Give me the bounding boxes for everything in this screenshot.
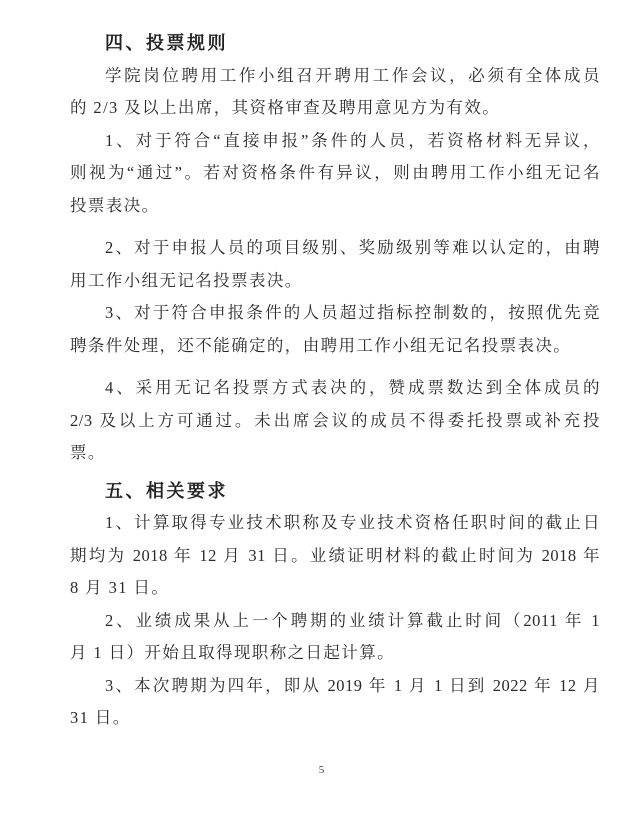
text-line: 31 日。	[70, 702, 600, 735]
text-line: 期均为 2018 年 12 月 31 日。业绩证明材料的截止时间为 2018 年	[70, 540, 600, 573]
text-line: 投票表决。	[70, 190, 600, 223]
page-footer: 5	[0, 760, 635, 778]
paragraph: 2、对于申报人员的项目级别、奖励级别等难以认定的，由聘用工作小组无记名投票表决。	[70, 232, 600, 297]
document-body: 四、投票规则学院岗位聘用工作小组召开聘用工作会议，必须有全体成员的 2/3 及以…	[70, 27, 600, 735]
paragraph: 学院岗位聘用工作小组召开聘用工作会议，必须有全体成员的 2/3 及以上出席，其资…	[70, 60, 600, 125]
paragraph: 2、业绩成果从上一个聘期的业绩计算截止时间（2011 年 1月 1 日）开始且取…	[70, 605, 600, 670]
section-heading: 五、相关要求	[70, 475, 600, 508]
text-line: 3、对于符合申报条件的人员超过指标控制数的，按照优先竞	[70, 297, 600, 330]
text-line: 月 1 日）开始且取得现职称之日起计算。	[70, 637, 600, 670]
text-line: 票。	[70, 437, 600, 470]
page-number: 5	[319, 764, 325, 776]
paragraph: 1、对于符合“直接申报”条件的人员，若资格材料无异议，则视为“通过”。若对资格条…	[70, 125, 600, 223]
text-line: 2/3 及以上方可通过。未出席会议的成员不得委托投票或补充投	[70, 405, 600, 438]
document-section: 五、相关要求1、计算取得专业技术职称及专业技术资格任职时间的截止日期均为 201…	[70, 475, 600, 735]
paragraph: 3、本次聘期为四年，即从 2019 年 1 月 1 日到 2022 年 12 月…	[70, 670, 600, 735]
text-line: 聘条件处理，还不能确定的，由聘用工作小组无记名投票表决。	[70, 330, 600, 363]
paragraph: 4、采用无记名投票方式表决的，赞成票数达到全体成员的2/3 及以上方可通过。未出…	[70, 372, 600, 470]
text-line: 2、对于申报人员的项目级别、奖励级别等难以认定的，由聘	[70, 232, 600, 265]
text-line: 用工作小组无记名投票表决。	[70, 265, 600, 298]
text-line: 的 2/3 及以上出席，其资格审查及聘用意见方为有效。	[70, 92, 600, 125]
text-line: 学院岗位聘用工作小组召开聘用工作会议，必须有全体成员	[70, 60, 600, 93]
text-line: 8 月 31 日。	[70, 572, 600, 605]
document-page: 四、投票规则学院岗位聘用工作小组召开聘用工作会议，必须有全体成员的 2/3 及以…	[0, 0, 635, 817]
text-line: 1、对于符合“直接申报”条件的人员，若资格材料无异议，	[70, 125, 600, 158]
text-line: 则视为“通过”。若对资格条件有异议，则由聘用工作小组无记名	[70, 157, 600, 190]
text-line: 2、业绩成果从上一个聘期的业绩计算截止时间（2011 年 1	[70, 605, 600, 638]
document-section: 四、投票规则学院岗位聘用工作小组召开聘用工作会议，必须有全体成员的 2/3 及以…	[70, 27, 600, 470]
text-line: 1、计算取得专业技术职称及专业技术资格任职时间的截止日	[70, 507, 600, 540]
text-line: 4、采用无记名投票方式表决的，赞成票数达到全体成员的	[70, 372, 600, 405]
paragraph: 3、对于符合申报条件的人员超过指标控制数的，按照优先竞聘条件处理，还不能确定的，…	[70, 297, 600, 362]
section-heading: 四、投票规则	[70, 27, 600, 60]
paragraph: 1、计算取得专业技术职称及专业技术资格任职时间的截止日期均为 2018 年 12…	[70, 507, 600, 605]
text-line: 3、本次聘期为四年，即从 2019 年 1 月 1 日到 2022 年 12 月	[70, 670, 600, 703]
